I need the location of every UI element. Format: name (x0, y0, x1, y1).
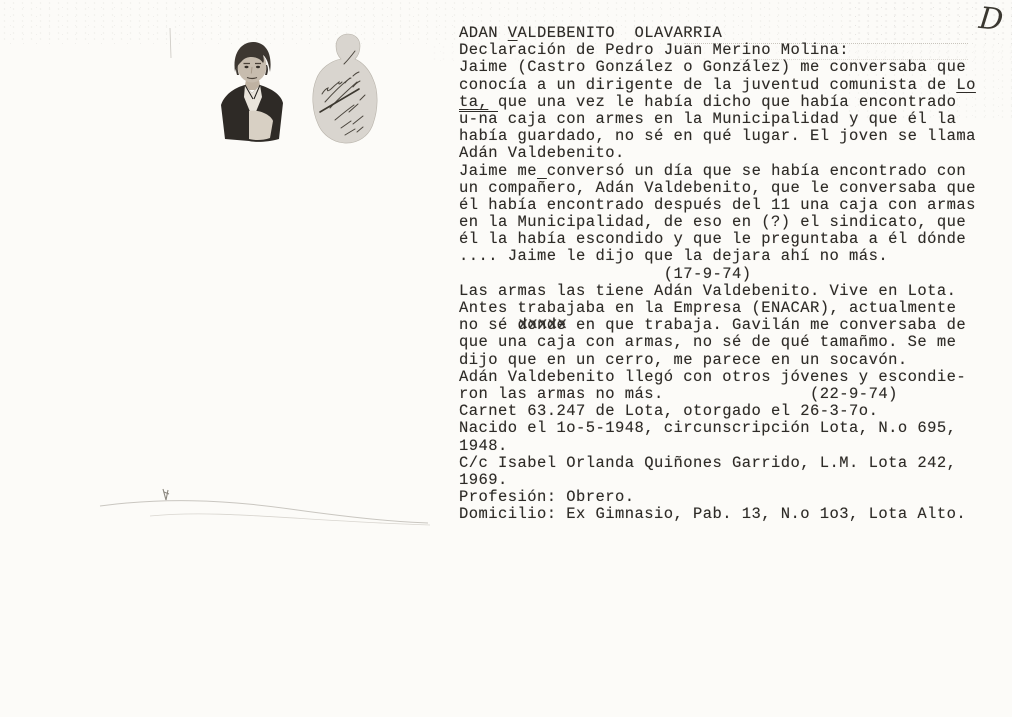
text-line: Declaración de Pedro Juan Merino Molina: (459, 42, 999, 59)
text-line: Carnet 63.247 de Lota, otorgado el 26-3-… (459, 403, 999, 420)
scanned-document-page: D ADAN VALDEBENITO OLAVARRIADec (0, 0, 1012, 717)
date-line-2: ron las armas no más. (22-9-74) (459, 386, 999, 403)
text-line: había guardado, no sé en qué lugar. El j… (459, 128, 999, 145)
text-line: Jaime (Castro González o González) me co… (459, 59, 999, 76)
text-line: un compañero, Adán Valdebenito, que le c… (459, 180, 999, 197)
text-line: no sé donde en que trabaja. Gavilán me c… (459, 317, 999, 334)
text-line: 1969. (459, 472, 999, 489)
typewritten-text: ADAN VALDEBENITO OLAVARRIADeclaración de… (459, 25, 999, 523)
text-line: Domicilio: Ex Gimnasio, Pab. 13, N.o 1o3… (459, 506, 999, 523)
text-line: Las armas las tiene Adán Valdebenito. Vi… (459, 283, 999, 300)
text-line: que una caja con armas, no sé de qué tam… (459, 334, 999, 351)
photo-back-cutout (305, 32, 385, 154)
crop-tick (170, 28, 171, 58)
document-title: ADAN VALDEBENITO OLAVARRIA (459, 25, 999, 42)
text-lines: ADAN VALDEBENITO OLAVARRIADeclaración de… (459, 25, 999, 523)
text-line: Profesión: Obrero. (459, 489, 999, 506)
text-line: .... Jaime le dijo que la dejara ahí no … (459, 248, 999, 265)
text-line: él la había escondido y que le preguntab… (459, 231, 999, 248)
text-line: Nacido el 1o-5-1948, circunscripción Lot… (459, 420, 999, 437)
text-line: Adán Valdebenito llegó con otros jóvenes… (459, 369, 999, 386)
pencil-mark (163, 489, 169, 500)
text-line: en la Municipalidad, de eso en (?) el si… (459, 214, 999, 231)
text-line: Adán Valdebenito. (459, 145, 999, 162)
text-line: Jaime me conversó un día que se había en… (459, 163, 999, 180)
text-line: 1948. (459, 438, 999, 455)
date-line-1: (17-9-74) (459, 266, 999, 283)
text-line: C/c Isabel Orlanda Quiñones Garrido, L.M… (459, 455, 999, 472)
text-line: dijo que en un cerro, me parece en un so… (459, 352, 999, 369)
text-line: u-na caja con armes en la Municipalidad … (459, 111, 999, 128)
text-line: ta, que una vez le había dicho que había… (459, 94, 999, 111)
portrait-photo (213, 39, 293, 146)
text-line: él había encontrado después del 11 una c… (459, 197, 999, 214)
text-line: conocía a un dirigente de la juventud co… (459, 77, 999, 94)
